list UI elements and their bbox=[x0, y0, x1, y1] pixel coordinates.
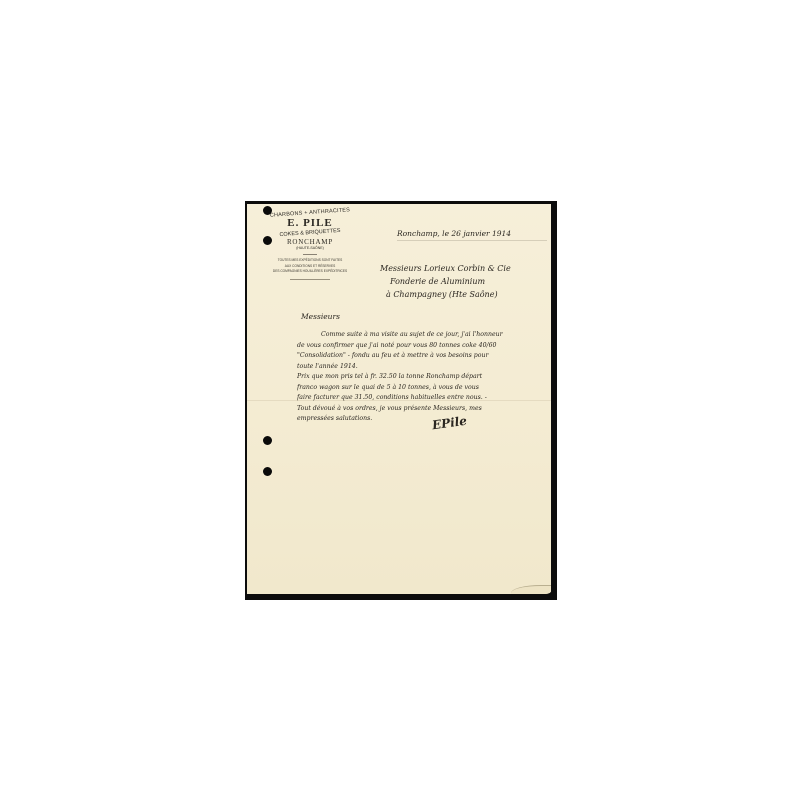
body-line: de vous confirmer que j'ai noté pour vou… bbox=[297, 341, 549, 352]
date-rule bbox=[397, 240, 547, 241]
letter-body: Comme suite à ma visite au sujet de ce j… bbox=[297, 330, 549, 425]
recipient-line: Messieurs Lorieux Corbin & Cie bbox=[380, 262, 511, 275]
letterhead-note-line: DES COMPAGNIES HOUILLÈRES EXPÉDITRICES bbox=[255, 269, 365, 275]
body-line: franco wagon sur le quai de 5 à 10 tonne… bbox=[297, 383, 549, 394]
body-line: Tout dévoué à vos ordres, je vous présen… bbox=[297, 404, 549, 415]
body-line: faire facturer que 31.50, conditions hab… bbox=[297, 393, 549, 404]
letter-paper: CHARBONS + ANTHRACITES E. PILE COKES & B… bbox=[247, 204, 551, 594]
body-line: Comme suite à ma visite au sujet de ce j… bbox=[297, 330, 549, 341]
letter-date: Ronchamp, le 26 janvier 1914 bbox=[397, 229, 511, 238]
punch-hole bbox=[263, 467, 272, 476]
punch-hole bbox=[263, 436, 272, 445]
letterhead-divider bbox=[303, 254, 317, 255]
body-line: toute l'année 1914. bbox=[297, 362, 549, 373]
body-line: empressées salutations. bbox=[297, 414, 549, 425]
letterhead-department: (HAUTE-SAÔNE) bbox=[255, 246, 365, 250]
body-line: Prix que mon pris tel à fr. 32.50 la ton… bbox=[297, 372, 549, 383]
paper-corner-curl bbox=[511, 585, 551, 594]
document-frame: CHARBONS + ANTHRACITES E. PILE COKES & B… bbox=[245, 201, 557, 600]
recipient-line: à Champagney (Hte Saône) bbox=[386, 288, 498, 301]
letterhead-city: RONCHAMP bbox=[255, 238, 365, 246]
salutation: Messieurs bbox=[301, 312, 340, 321]
body-line: "Consolidation" - fondu au feu et à mett… bbox=[297, 351, 549, 362]
letterhead-divider bbox=[290, 279, 330, 280]
letterhead-note: TOUTES MES EXPÉDITIONS SONT FAITES AUX C… bbox=[255, 258, 365, 275]
letterhead: CHARBONS + ANTHRACITES E. PILE COKES & B… bbox=[255, 204, 365, 280]
recipient-line: Fonderie de Aluminium bbox=[390, 275, 485, 288]
